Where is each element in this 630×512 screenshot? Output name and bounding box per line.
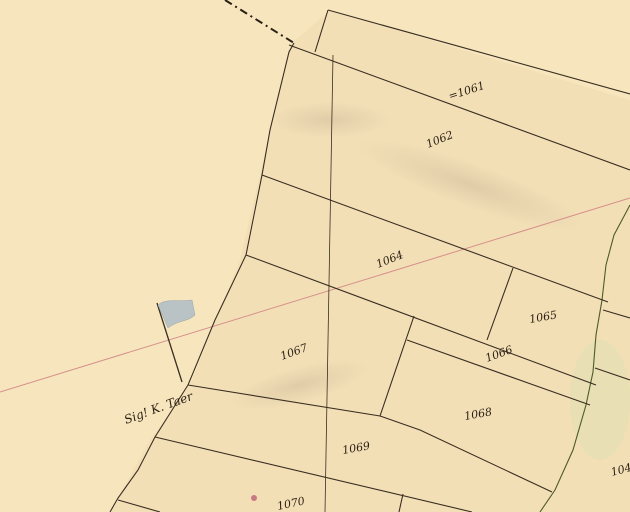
smudge xyxy=(570,340,630,460)
red-dot xyxy=(251,495,257,501)
smudge xyxy=(270,102,390,138)
cadastral-map: =1061 1062 1064 1065 1066 1067 1068 1069… xyxy=(0,0,630,512)
